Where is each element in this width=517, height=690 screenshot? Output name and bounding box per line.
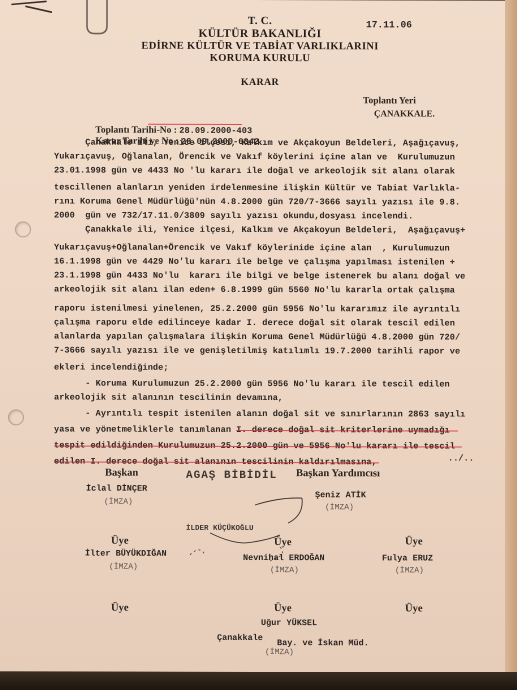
vice-chair-role: Başkan Yardımcısı xyxy=(296,468,380,479)
body-line: çalışma raporu elde edilinceye kadar I. … xyxy=(54,317,455,328)
body-line: tescillenen alanların yeniden irdelenmes… xyxy=(54,182,460,193)
body-line: 23.01.1998 gün ve 4433 No 'lu kararı ile… xyxy=(54,165,455,176)
meeting-place-label: Toplantı Yeri xyxy=(363,96,416,106)
member-1-name: İlter BÜYÜKDIĞAN xyxy=(85,549,167,559)
handwritten-mark-icon xyxy=(8,0,52,17)
member-1-role: Üye xyxy=(111,536,129,547)
member-5-role: Üye xyxy=(274,603,292,614)
body-line: 2000 gün ve 732/17.11.0/3809 sayılı yazı… xyxy=(54,210,413,221)
body-line: Çanakkale ili, Yenice ilçesi, Kalkım ve … xyxy=(54,224,465,235)
body-line: rını Koruma Genel Müdürlüğü'nün 4.8.2000… xyxy=(54,196,460,207)
body-line: - Koruma Kurulumuzun 25.2.2000 gün 5956 … xyxy=(54,378,450,389)
paper-clip-icon xyxy=(83,0,111,40)
vice-chair-imza: (İMZA) xyxy=(325,503,354,512)
body-line: Yukarıçavuş, Oğlanalan, Örencik ve Vakıf… xyxy=(54,151,455,162)
punch-hole-top xyxy=(15,221,31,237)
doc-type-title: KARAR xyxy=(200,77,320,88)
chair-imza: (İMZA) xyxy=(104,498,133,507)
member-2-name: Nevnihal ERDOĞAN xyxy=(243,553,325,563)
body-line: ekleri incelendiğinde; xyxy=(54,362,169,372)
header-board-line2: KORUMA KURULU xyxy=(150,53,370,65)
member-5-title-right: Bay. ve İskan Müd. xyxy=(277,638,369,648)
member-5-imza: (İMZA) xyxy=(265,648,294,657)
continuation-mark: ../.. xyxy=(448,454,474,464)
body-line: Yukarıçavuş+Oğlanalan+Örencik ve Vakıf k… xyxy=(54,242,450,253)
meeting-place-value: ÇANAKKALE. xyxy=(374,108,435,118)
member-5-name: Uğur YÜKSEL xyxy=(261,618,317,628)
member-1-imza: (İMZA) xyxy=(109,563,138,572)
member-3-imza: (İMZA) xyxy=(395,566,424,575)
member-3-name: Fulya ERUZ xyxy=(382,553,433,563)
paper-edge xyxy=(505,0,517,690)
decision-body: Çanakkale ili, Yenice ilçesi, Kalkım ve … xyxy=(0,0,505,1)
table-surface xyxy=(0,672,517,690)
body-line: - Ayrıntılı tespit istenilen alanın doğa… xyxy=(54,408,465,419)
handwritten-date: 17.11.06 xyxy=(366,19,412,30)
member-5-title-left: Çanakkale xyxy=(217,633,263,643)
body-line: Çanakkale ili, Yenice ilçesi, Kalkım ve … xyxy=(54,137,460,148)
chair-role: Başkan xyxy=(105,468,138,479)
member-2-role: Üye xyxy=(274,537,292,548)
body-line: 16.1.1998 gün ve 4429 No'lu kararı ile b… xyxy=(54,256,455,267)
header-republic: T. C. xyxy=(200,15,320,27)
vice-chair-name: Şeniz ATİK xyxy=(315,490,366,500)
stamp-text: AGAŞ BİBİDİL xyxy=(186,470,277,482)
body-line: alanlarda yapılan çalışmalara ilişkin Ko… xyxy=(54,331,460,342)
member-4-role: Üye xyxy=(111,603,129,614)
header-board-line1: EDİRNE KÜLTÜR VE TABİAT VARLIKLARINI xyxy=(110,41,410,53)
document-page: T. C. KÜLTÜR BAKANLIĞI EDİRNE KÜLTÜR VE … xyxy=(0,0,505,673)
body-line: arkeolojik sit alanının tescilinin devam… xyxy=(54,392,283,403)
header-ministry: KÜLTÜR BAKANLIĞI xyxy=(150,28,370,41)
member-2-imza: (İMZA) xyxy=(270,566,299,575)
member-3-role: Üye xyxy=(405,536,423,547)
punch-hole-bottom xyxy=(8,409,24,425)
body-line: 23.1.1998 gün 4433 No'lu kararı ile bilg… xyxy=(54,270,465,281)
chair-name: İclal DİNÇER xyxy=(86,484,147,494)
body-line: arkeolojik sit alanı ilan eden+ 6.8.1999… xyxy=(54,284,455,295)
body-line: raporu istenilmesi yinelenen, 25.2.2000 … xyxy=(54,303,460,314)
member-6-role: Üye xyxy=(405,603,423,614)
body-line: 7-3666 sayılı yazısı ile ve genişletilmi… xyxy=(54,345,460,356)
